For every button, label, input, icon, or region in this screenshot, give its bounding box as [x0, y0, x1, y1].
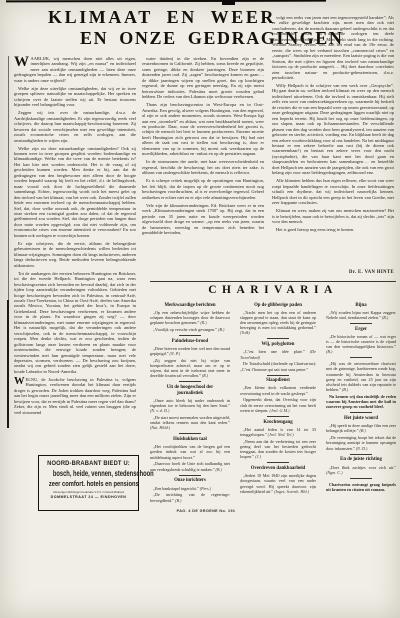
quote-source: (N. P.) — [169, 351, 181, 356]
charivaria-quote: „Een kleine doch volkomen verdiende over… — [240, 385, 316, 395]
quote-source: (B.) — [174, 498, 181, 503]
scan-artifact-left-bar — [7, 300, 9, 428]
scan-artifact-top-line — [6, 0, 326, 2]
charivaria-quote: „Sedert 10 Mei 1940 zijn moeilijke dagen… — [240, 473, 316, 494]
charivaria-quote: „Neem aan dat de verbetering tot een zee… — [240, 439, 316, 460]
item-separator-rule — [179, 475, 201, 476]
charivaria-item-heading: Wij, polyglotten — [244, 342, 312, 348]
article-paragraph: Er zijn schrijvers, die de eerste, altha… — [14, 241, 136, 268]
charivaria-quote: „Onze auto bleek bij nader onderzoek in … — [150, 398, 230, 414]
article-paragraph: Het is goed hierop nog eens terug te kom… — [272, 227, 394, 232]
article-paragraph: water duiden) in die streken. En bovendi… — [142, 56, 264, 100]
quote-source: (De Tweelinked) — [240, 349, 316, 359]
charivaria-item: Huisbakken taal„Het voorbijtrekken van d… — [150, 437, 230, 472]
charivaria-quote: „Tracht men het op den een of anderen sl… — [240, 310, 316, 336]
charivaria-item-heading: Erger — [330, 327, 392, 333]
article-byline: Dr. E. VAN HINTE — [272, 270, 394, 275]
item-separator-rule — [350, 357, 372, 358]
charivaria-quote: „Daarvoor hoeft de Unie zich taalkundig … — [150, 461, 230, 471]
item-separator-rule — [179, 335, 201, 336]
article-paragraph: volgt een reeks van jaren met een tegeno… — [272, 15, 394, 80]
charivaria-quote: Nu kennen wij dan eindelijk de reden waa… — [326, 394, 396, 410]
article-paragraph: Welke zijn deze uiterlijke omstandighede… — [14, 86, 136, 108]
charivaria-item-heading: Overdreven dankbaarheid — [244, 466, 312, 472]
quote-source: (Volk) — [240, 330, 250, 335]
charivaria-column-3: Bijna„Wij zouden bijna met Kappa zeggen:… — [326, 301, 396, 509]
quote-source: (B.) — [358, 428, 365, 433]
ad-line-info: Uitvoerige inlichtingen Federatie V.V.V.… — [43, 490, 134, 494]
article-paragraph: WAARLIJK, wij menschen doen niet alles u… — [14, 56, 136, 83]
drop-cap: W — [14, 57, 29, 68]
charivaria-quote: „Het voorbijtrekken van de bergen gaf ee… — [150, 444, 230, 460]
charivaria-item-heading: Uit de hoogeschool der journalistiek — [154, 385, 226, 396]
ad-line-address: DOMMELSTRAAT 24 — EINDHOVEN — [39, 495, 138, 499]
article-byline-wrap: Dr. E. VAN HINTE — [272, 266, 394, 276]
item-separator-rule — [350, 454, 372, 455]
article-paragraph: Er is scherpe critiek mogelijk op de opv… — [142, 178, 264, 200]
item-separator-rule — [179, 433, 201, 434]
charivaria-item-heading: En de juiste richting — [330, 457, 392, 463]
charivaria-quote: „Hij speelt in deze aardige film een zee… — [326, 423, 396, 433]
charivaria-quote: De Totaalschuld (doelende op Charivarius… — [240, 361, 316, 371]
scan-artifact-blob — [222, 0, 235, 5]
charivaria-item: Krochtengang„Het aantal leden is van 14 … — [240, 420, 316, 460]
charivaria-item: Paindeluxe-brood„Deze brieven werden hie… — [150, 339, 230, 379]
page-footer: PAG. 4 DE GROENE No. 191 — [150, 509, 262, 513]
charivaria-item-heading: Huisbakken taal — [154, 437, 226, 443]
quote-source: (Pers.) — [199, 486, 211, 491]
ad-title: NOORD-BRABANT BIEDT U: — [45, 460, 132, 467]
charivaria-item-heading: Onze inrichters — [154, 478, 226, 484]
quote-source: (Nat. Hbld.) — [150, 425, 170, 430]
quote-source: (Jrnl. Ned. Tel.) — [267, 432, 294, 437]
charivaria-item: Het juiste woord„Hij speelt in deze aard… — [326, 416, 396, 451]
charivaria-quote: „Hij was de onvermoeibare charivari met … — [326, 361, 396, 392]
charivaria-item-heading: Op de glibberige paden — [244, 303, 312, 309]
charivaria-item: Charivarius ontvangt graag knipsels uit … — [326, 482, 396, 492]
article-paragraph: Thans zijn beschavingscentra in West-Eur… — [142, 102, 264, 157]
charivaria-quote: „Een bankstapel ingericht.” (Pers.) — [150, 486, 230, 491]
quote-source: (B.) — [326, 349, 332, 354]
article-column-1: WAARLIJK, wij menschen doen niet alles u… — [14, 56, 136, 452]
advertisement-box[interactable]: NOORD-BRABANT BIEDT U: bosch, heide, ven… — [38, 455, 139, 511]
newspaper-page: KLIMAAT EN WEER EN ONZE GEDRAGINGEN WAAR… — [0, 0, 400, 618]
charivaria-top-rule — [150, 281, 396, 282]
article-paragraph: Willy Hellpach is de schrijver van een w… — [272, 83, 394, 176]
charivaria-item: „Hij was de onvermoeibare charivari met … — [326, 361, 396, 409]
charivaria-item: Onze inrichters„Een bankstapel ingericht… — [150, 478, 230, 502]
article-paragraph: Klimaat en weer, maken zij van ons mensc… — [272, 208, 394, 224]
quote-source: (Ingez. Soerab. Hbl.) — [273, 489, 309, 494]
article-paragraph: Zeggen wij iets over de natuurkundige, d… — [14, 110, 136, 143]
charivaria-item: Merkwaardige berichten„Op een onbeschrij… — [150, 303, 230, 333]
charivaria-quote: Charivarius ontvangt graag knipsels uit … — [326, 482, 396, 492]
charivaria-quote: „Vroolijk op versche visch gevangen.” (B… — [150, 327, 230, 332]
ad-line-attractions: bosch, heide, vennen, stedenschoon — [53, 469, 124, 478]
charivaria-quote: „Zij zeggen dat niet bij wijze van boetp… — [150, 358, 230, 379]
charivaria-item: En de juiste richting„Doet flink zachtje… — [326, 457, 396, 475]
quote-source: (N. D.) — [355, 446, 368, 451]
charivaria-quote: „De start moest meermalen worden uitgest… — [150, 415, 230, 431]
item-separator-rule — [267, 338, 289, 339]
quote-source: (R.) — [199, 320, 206, 325]
charivaria-column-1: Merkwaardige berichten„Op een onbeschrij… — [150, 301, 230, 509]
scan-artifact-left-line — [8, 56, 9, 304]
item-separator-rule — [350, 478, 372, 479]
charivaria-title: CHARIVARIA — [150, 284, 396, 296]
quote-source: (R.) — [201, 373, 208, 378]
charivaria-quote: „Doet flink zachtjes voor zich uit.” (Ng… — [326, 465, 396, 475]
charivaria-item: Op de glibberige paden„Tracht men het op… — [240, 303, 316, 336]
charivaria-quote: „De historische roman of — wat erger is … — [326, 334, 396, 355]
quote-source: (Ngm. C.) — [326, 470, 342, 475]
article-column-3: volgt een reeks van jaren met een tegeno… — [272, 15, 394, 267]
ad-line-hotels: zeer comfort. hotels en pensions — [49, 479, 128, 488]
charivaria-quote: „Wij zouden bijna met Kappa zeggen: Nobe… — [326, 310, 396, 320]
quote-source: (B.) — [341, 387, 348, 392]
article-paragraph: WELNU, de Joodsche beschaving in Palesti… — [14, 377, 136, 415]
article-paragraph: Alle klimaten hebben dus hun eigen refle… — [272, 178, 394, 205]
quote-source: (N. v. d. D.) — [150, 408, 169, 413]
drop-cap: W — [14, 378, 25, 386]
item-separator-rule — [267, 375, 289, 376]
item-separator-rule — [267, 462, 289, 463]
quote-source: (B.) — [381, 315, 388, 320]
charivaria-item-heading: Het juiste woord — [330, 416, 392, 422]
item-separator-rule — [350, 323, 372, 324]
charivaria-item-heading: Krochtengang — [244, 420, 312, 426]
charivaria-item: Slaapdienst„Een kleine doch volkomen ver… — [240, 378, 316, 413]
charivaria-item: Bijna„Wij zouden bijna met Kappa zeggen:… — [326, 303, 396, 321]
quote-source: (B.) — [215, 467, 222, 472]
charivaria-item: Uit de hoogeschool der journalistiek„Onz… — [150, 385, 230, 431]
charivaria-quote: „Deze brieven werden hier wel met den mo… — [150, 346, 230, 356]
quote-source: (B.) — [217, 327, 224, 332]
item-separator-rule — [350, 412, 372, 413]
charivaria-item-heading: Merkwaardige berichten — [154, 303, 226, 309]
article-column-2: water duiden) in die streken. En bovendi… — [142, 56, 264, 280]
charivaria-quote: „Op een onbeschrijfelijke wijze hebben d… — [150, 310, 230, 326]
charivaria-quote: „De inrichting van de regeerings-bevoegd… — [150, 492, 230, 502]
charivaria-item: Erger„De historische roman of — wat erge… — [326, 327, 396, 355]
item-separator-rule — [179, 381, 201, 382]
quote-source: (Jrnl. G.M.) — [268, 408, 289, 413]
article-paragraph: Welke zijn nu deze natuurkundige omstand… — [14, 146, 136, 239]
charivaria-item: Overdreven dankbaarheid„Sedert 10 Mei 19… — [240, 466, 316, 494]
charivaria-quote: Opgemerkt dient, dat Overslag voor zijn … — [240, 397, 316, 413]
charivaria-item: Wij, polyglotten„C’est bien une idée pla… — [240, 342, 316, 372]
charivaria-quote: „C’est bien une idée plate.” (De Tweelin… — [240, 349, 316, 359]
charivaria-item-heading: Slaapdienst — [244, 378, 312, 384]
article-paragraph: In de stormzonen der aarde, met haar wee… — [142, 159, 264, 175]
article-paragraph: Vele zijn de klimaatveranderingen. Ed. B… — [142, 203, 264, 236]
article-paragraph: Tot de aanhangers der eersten behooren H… — [14, 271, 136, 375]
charivaria-item-heading: Bijna — [330, 303, 392, 309]
charivaria-column-2: Op de glibberige paden„Tracht men het op… — [240, 301, 316, 509]
item-separator-rule — [267, 416, 289, 417]
charivaria-quote: „Het aantal leden is van 14 tot 33 terug… — [240, 427, 316, 437]
quote-source: (J.) — [254, 454, 261, 459]
headline-line-1: KLIMAAT EN WEER — [48, 7, 276, 28]
charivaria-item-heading: Paindeluxe-brood — [154, 339, 226, 345]
charivaria-quote: „De vereeniging hoopt het tekort dat de … — [326, 435, 396, 451]
